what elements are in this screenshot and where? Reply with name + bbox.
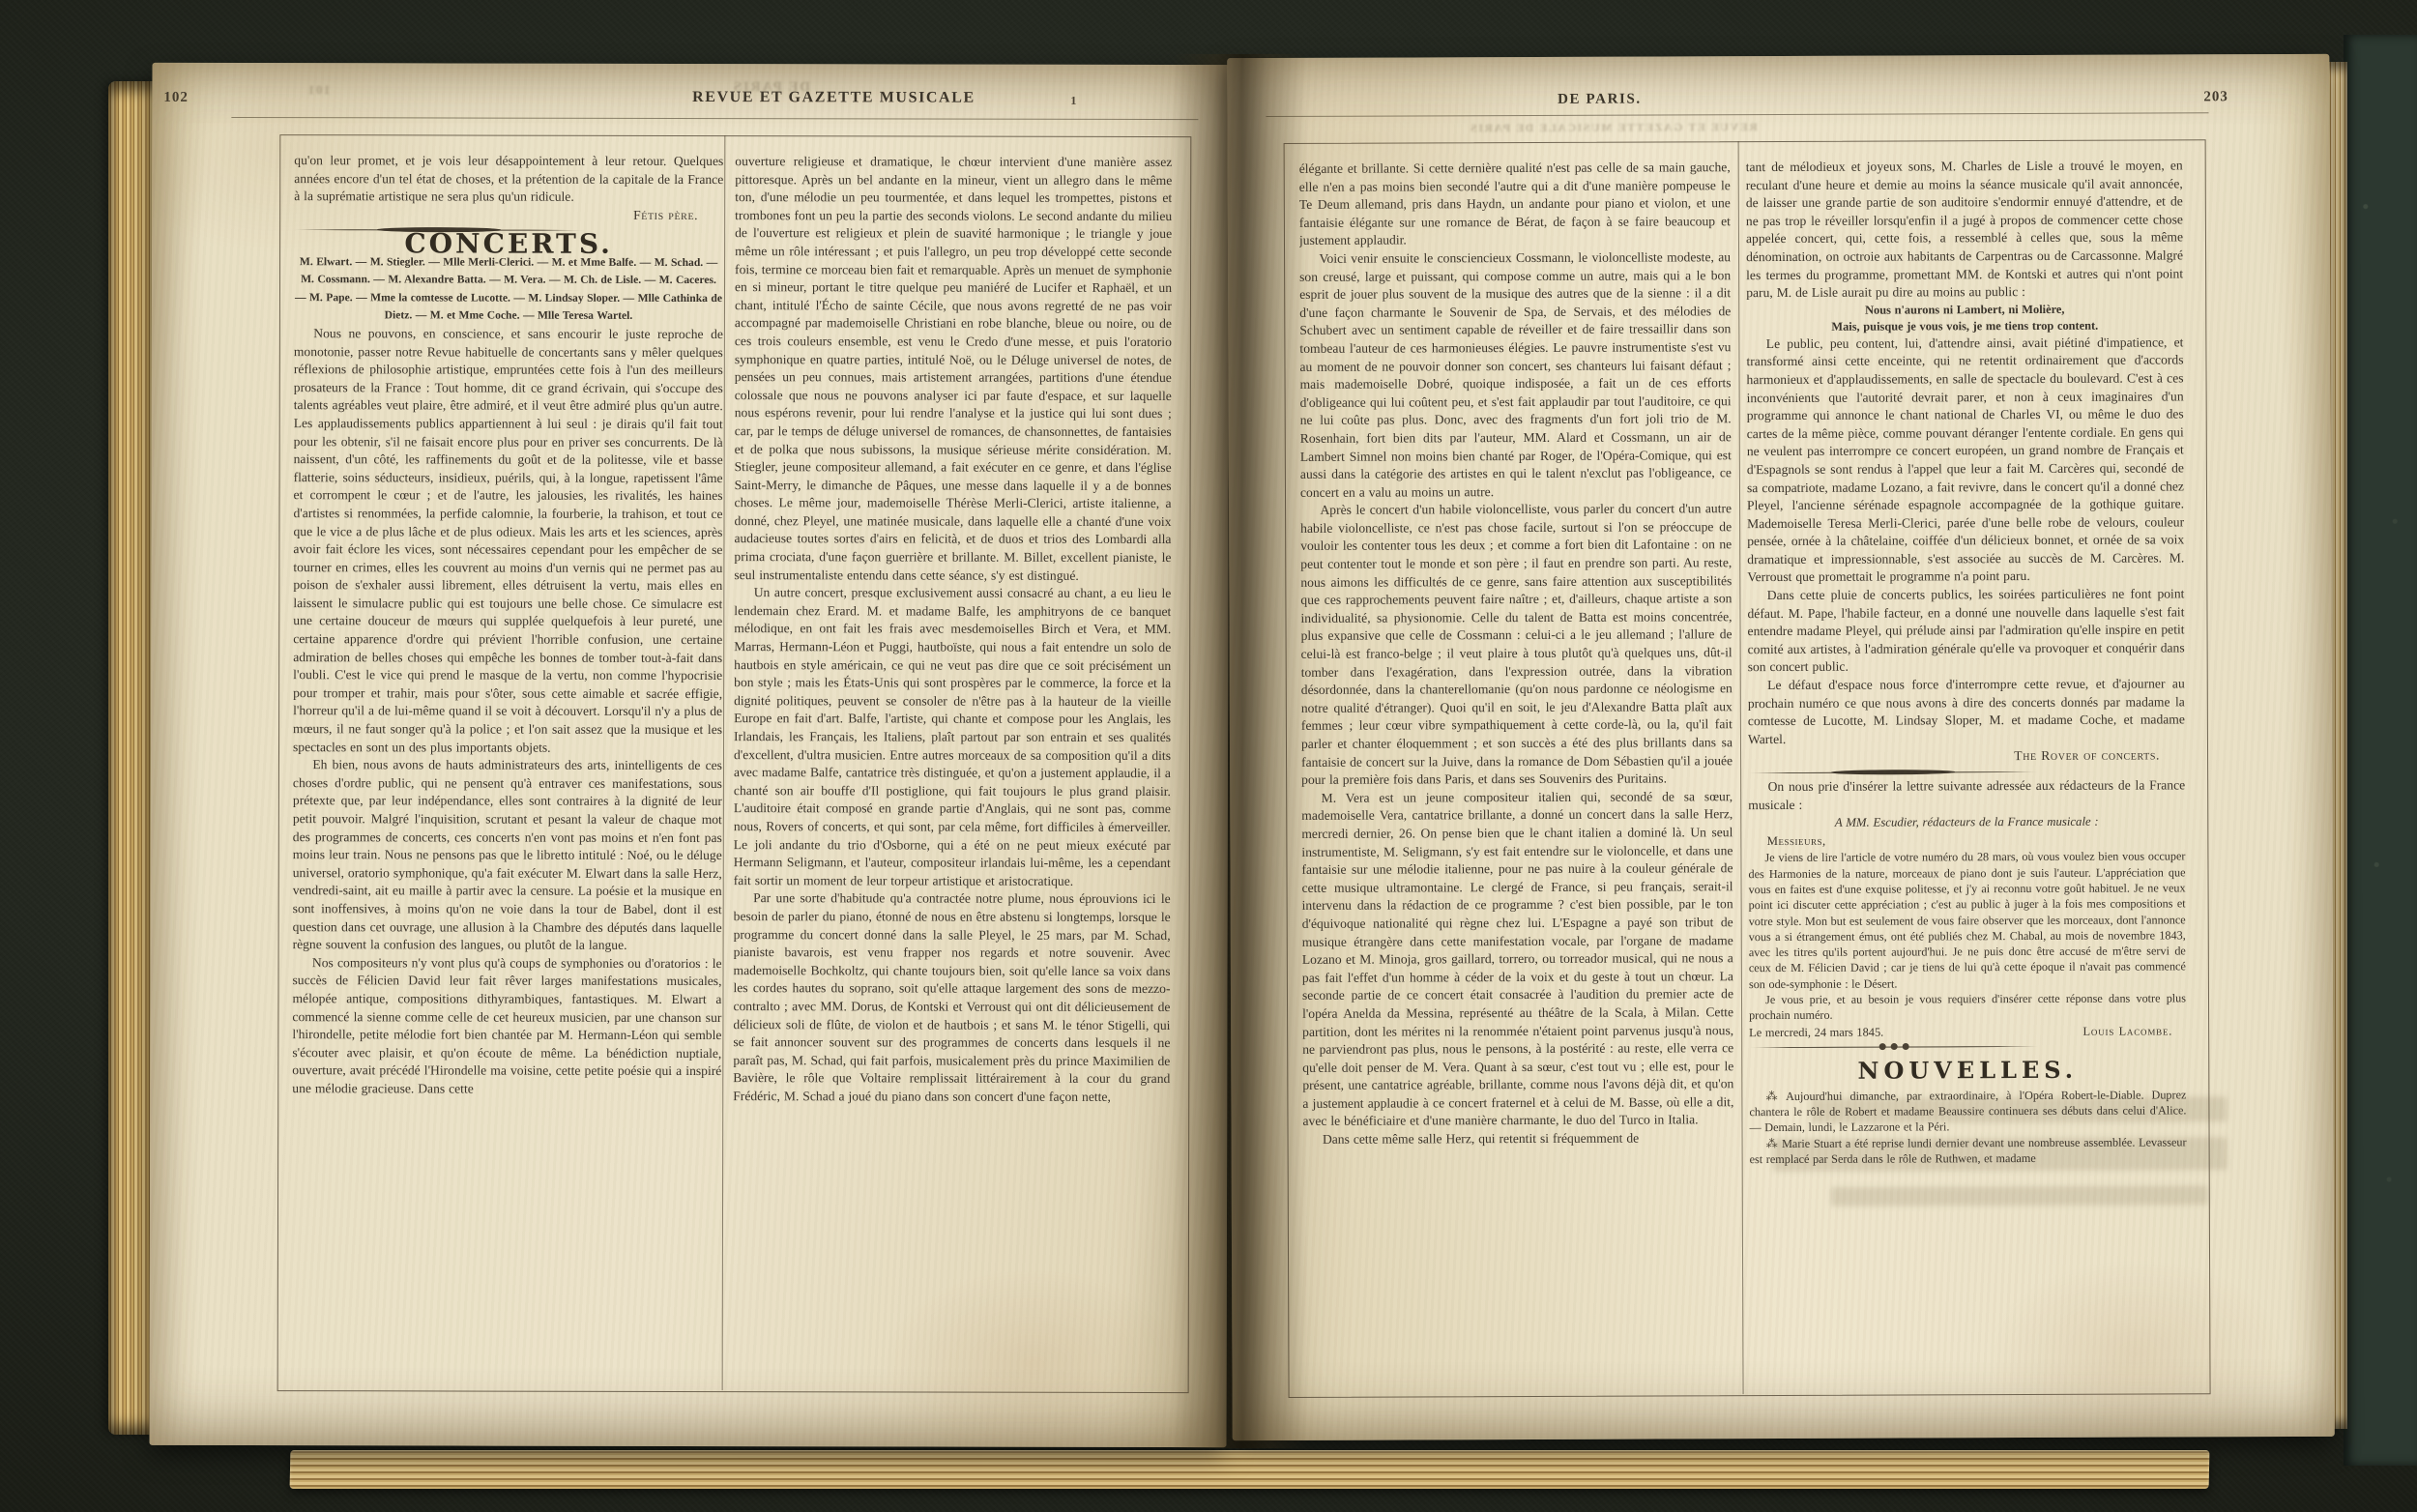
paragraph: Dans cette pluie de concerts publics, le… <box>1747 585 2184 677</box>
page-number: 102 <box>163 90 189 106</box>
paragraph: Après le concert d'un habile violoncelli… <box>1300 500 1733 789</box>
text-column-3: élégante et brillante. Si cette dernière… <box>1299 159 1735 1382</box>
text-column-2: ouverture religieuse et dramatique, le c… <box>733 153 1173 1383</box>
article-signature: The Rover of concerts. <box>1748 747 2185 767</box>
paragraph: On nous prie d'insérer la lettre suivant… <box>1748 776 2185 814</box>
photo-backdrop: DE PARIS 101 102 REVUE ET GAZETTE MUSICA… <box>0 0 2417 1512</box>
paragraph: Dans cette même salle Herz, qui retentit… <box>1303 1129 1734 1149</box>
show-through-text: REVUE ET GAZETTE MUSICALE DE PARIS <box>1470 120 1758 135</box>
letter-paragraph: Je vous prie, et au besoin je vous requi… <box>1749 990 2186 1023</box>
article-signature: Fétis père. <box>294 206 723 225</box>
letter-salutation: Messieurs, <box>1748 830 2185 850</box>
left-page: DE PARIS 101 102 REVUE ET GAZETTE MUSICA… <box>150 63 1230 1447</box>
header-rule <box>1266 112 2208 117</box>
show-through-text: 101 <box>306 82 330 98</box>
printer-signature-mark: 1 <box>1070 94 1076 108</box>
paragraph: Un autre concert, presque exclusivement … <box>734 584 1172 890</box>
ornamental-rule <box>1748 766 2038 778</box>
ornamental-rule <box>294 224 584 237</box>
header-rule <box>231 117 1198 120</box>
verse-quote: Nous n'aurons ni Lambert, ni Molière,Mai… <box>1746 301 2183 335</box>
paragraph: Le défaut d'espace nous force d'interrom… <box>1748 675 2185 748</box>
paragraph-continued: ouverture religieuse et dramatique, le c… <box>734 153 1172 585</box>
book-bottom-edge <box>290 1450 2210 1489</box>
news-item: ⁂Aujourd'hui dimanche, par extraordinair… <box>1749 1087 2186 1136</box>
section-heading: NOUVELLES. <box>1749 1061 2186 1081</box>
running-head: DE PARIS. <box>1507 91 1691 108</box>
book-cover-edge <box>2344 35 2417 1466</box>
ornamental-rule <box>1749 1040 2039 1053</box>
section-heading: CONCERTS. <box>294 236 723 255</box>
paragraph: Voici venir ensuite le consciencieux Cos… <box>1299 248 1732 502</box>
letter-dateline: Le mercredi, 24 mars 1845.Louis Lacombe. <box>1749 1022 2186 1041</box>
paragraph: Nous ne pouvons, en conscience, et sans … <box>293 325 723 757</box>
running-head: REVUE ET GAZETTE MUSICALE <box>606 89 1061 107</box>
page-number: 203 <box>2203 89 2228 105</box>
paragraph-continued: tant de mélodieux et joyeux sons, M. Cha… <box>1746 157 2184 302</box>
news-item: ⁂Marie Stuart a été reprise lundi dernie… <box>1750 1134 2187 1167</box>
paragraph: Eh bien, nous avons de hauts administrat… <box>293 756 722 954</box>
paragraph: Nos compositeurs n'y vont plus qu'à coup… <box>292 954 721 1099</box>
letter-paragraph: Je viens de lire l'article de votre numé… <box>1748 849 2186 992</box>
letter-addressee: A MM. Escudier, rédacteurs de la France … <box>1748 813 2185 832</box>
paragraph-continued: qu'on leur promet, et je vois leur désap… <box>294 152 723 207</box>
text-column-1: qu'on leur promet, et je vois leur désap… <box>292 152 724 1382</box>
paragraph: Par une sorte d'habitude qu'a contractée… <box>733 889 1170 1106</box>
text-column-4: tant de mélodieux et joyeux sons, M. Cha… <box>1746 157 2188 1381</box>
concert-artists-list: M. Elwart. — M. Stiegler. — Mlle Merli-C… <box>294 253 723 326</box>
paragraph: Le public, peu content, lui, d'attendre … <box>1746 334 2184 587</box>
right-page: REVUE ET GAZETTE MUSICALE DE PARIS DE PA… <box>1227 54 2334 1440</box>
paragraph-continued: élégante et brillante. Si cette dernière… <box>1299 159 1731 250</box>
paragraph: M. Vera est un jeune compositeur italien… <box>1301 788 1733 1131</box>
